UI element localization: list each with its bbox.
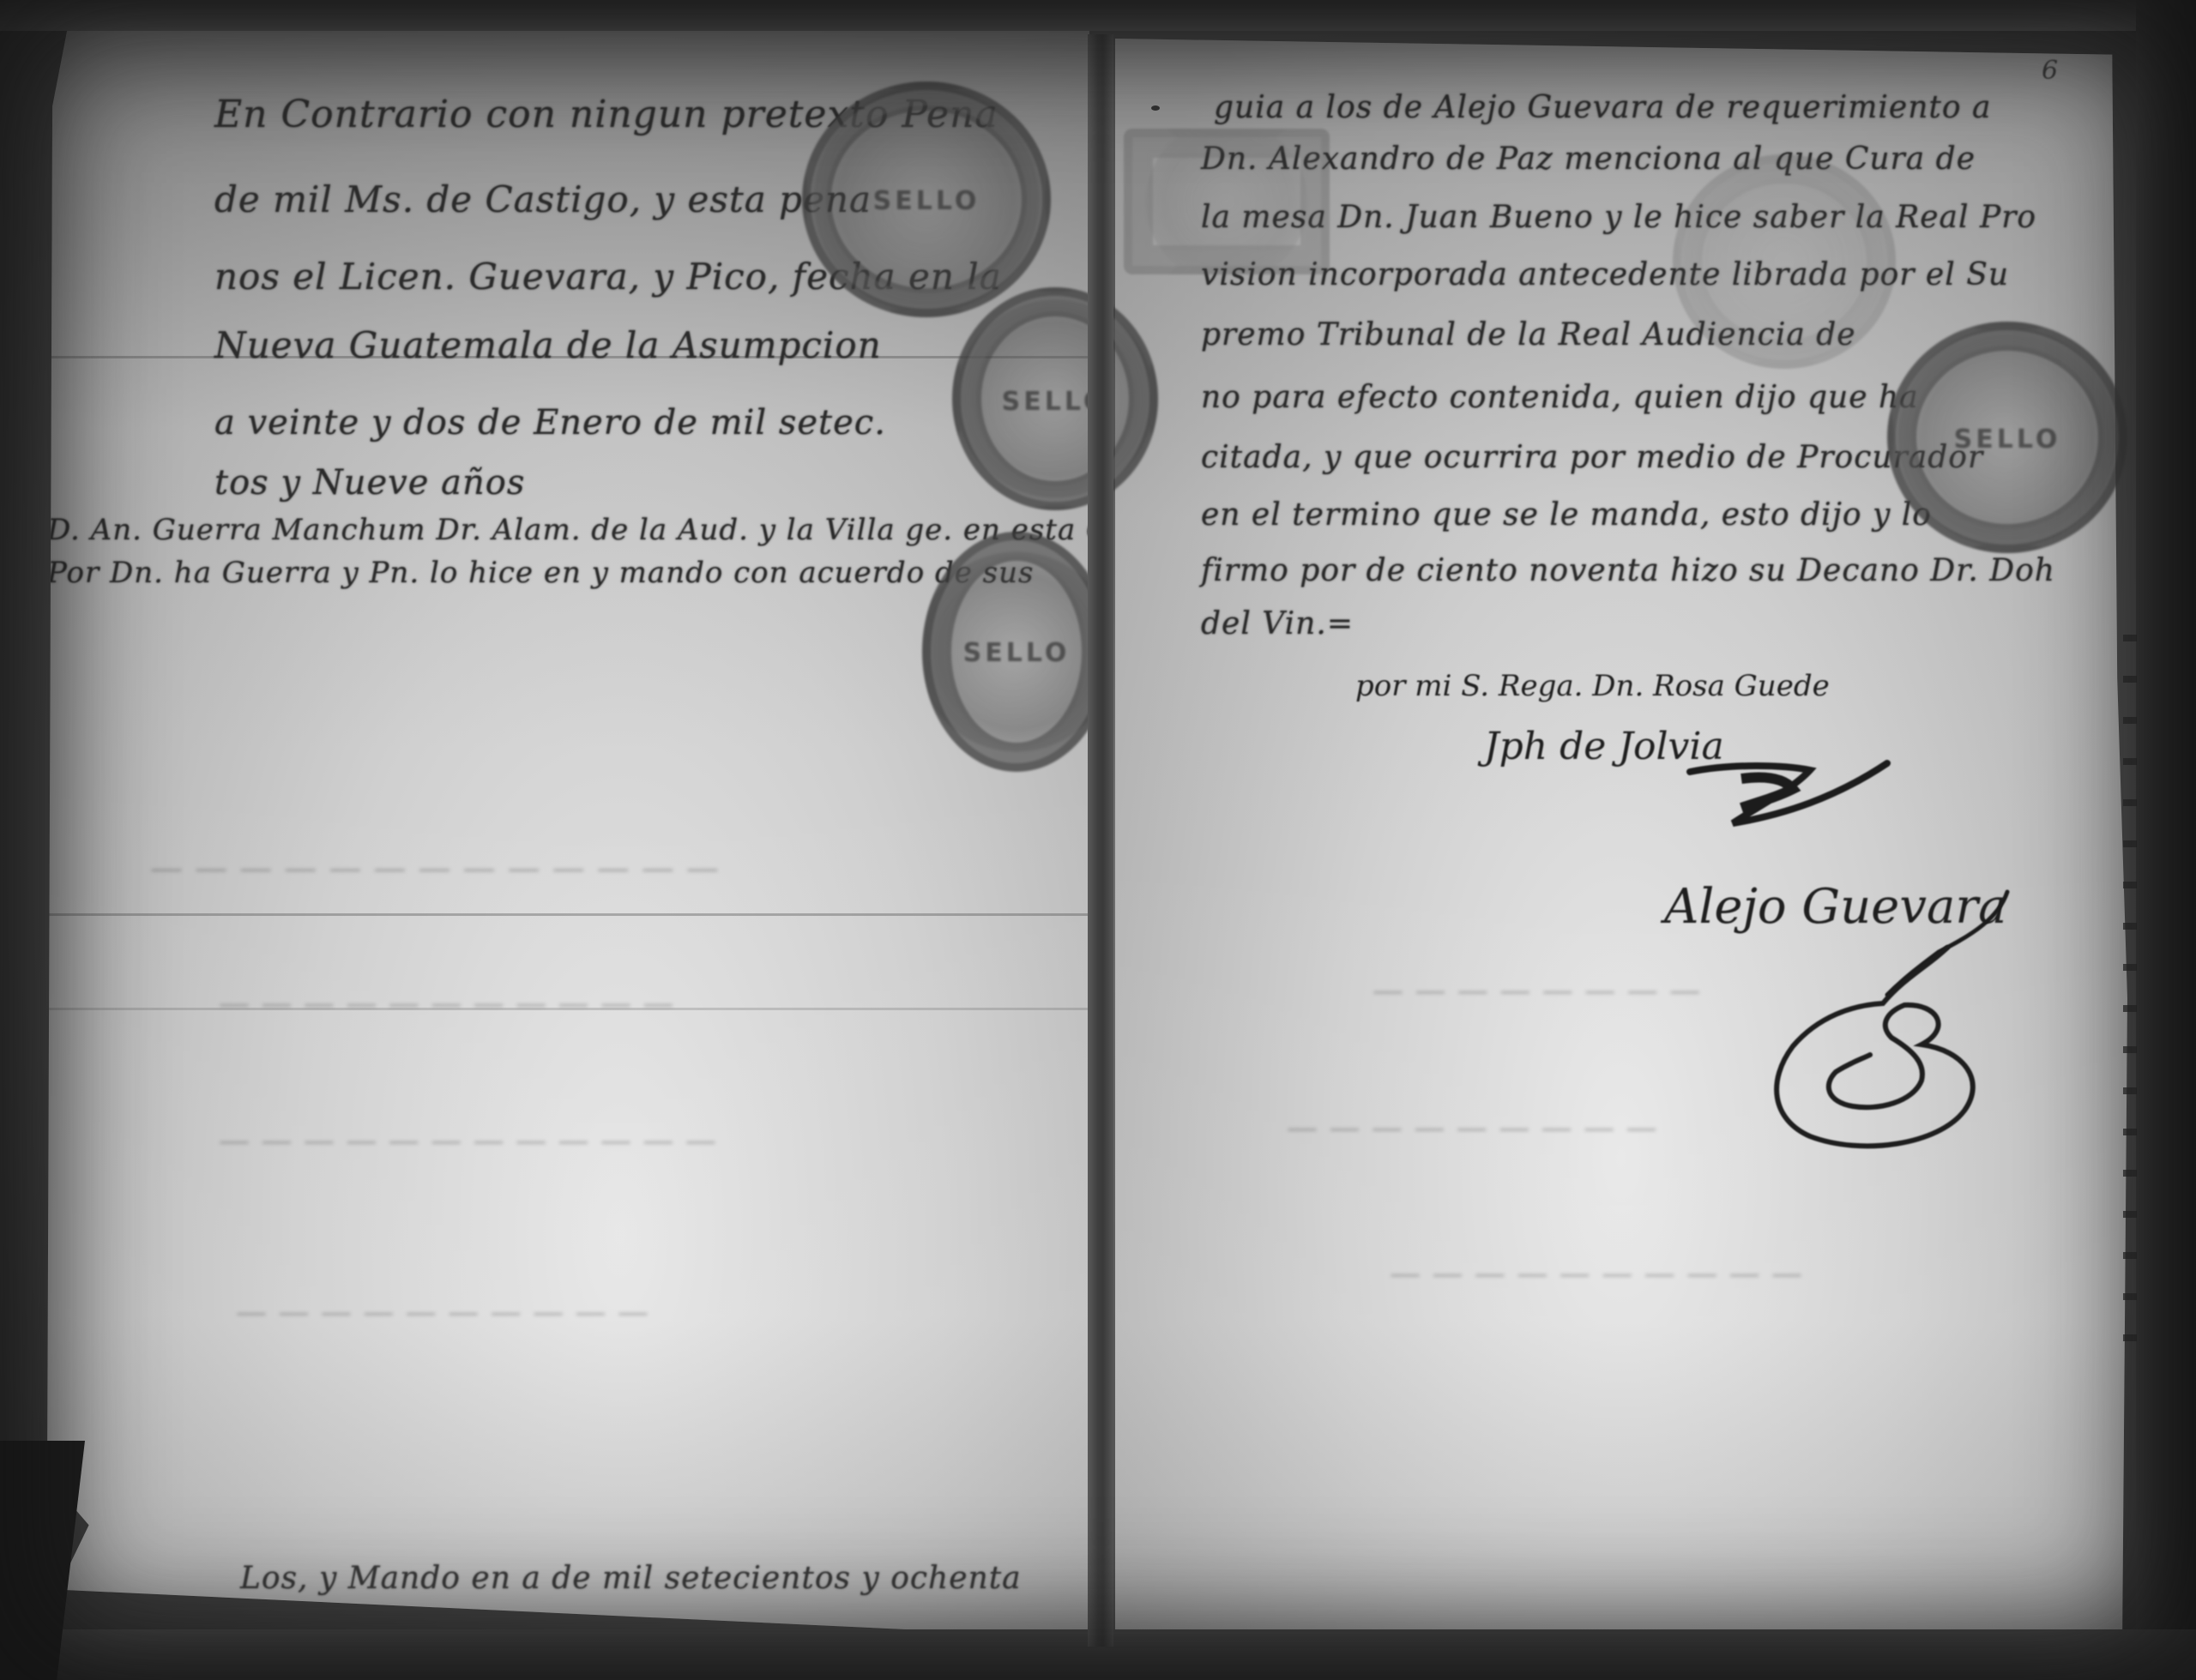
seal-text: SELLO <box>811 186 1042 216</box>
bleed-through-text: — — — — — — — — — — — <box>219 986 674 1021</box>
body-line: a veinte y dos de Enero de mil setec. <box>214 403 886 443</box>
bleed-through-text: — — — — — — — — — — <box>1390 1256 1803 1292</box>
seal-text: SELLO <box>961 387 1149 417</box>
attestation-line: Por Dn. ha Guerra y Pn. lo hice en y man… <box>47 556 1034 590</box>
bleed-through-text: — — — — — — — — <box>1372 973 1701 1009</box>
right-page: 6 guia a los de Alejo Guevara de requeri… <box>1115 39 2127 1638</box>
body-line: de mil Ms. de Castigo, y esta pena <box>214 178 872 220</box>
seal-stamp: SELLO <box>922 532 1111 772</box>
bleed-through-text: — — — — — — — — — — <box>236 1295 649 1330</box>
closing-line: Los, y Mando en a de mil setecientos y o… <box>240 1561 1022 1596</box>
witness-signature: por mi S. Rega. Dn. Rosa Guede <box>1355 669 1830 703</box>
body-line: no para efecto contenida, quien dijo que… <box>1201 380 1919 415</box>
body-line: firmo por de ciento noventa hizo su Deca… <box>1201 553 2055 588</box>
seal-text: SELLO <box>1896 425 2119 455</box>
body-line: del Vin.= <box>1201 606 1354 641</box>
rubric-spiral-icon <box>1733 943 2007 1166</box>
folio-number: 6 <box>2042 56 2058 86</box>
seal-text: SELLO <box>931 638 1102 668</box>
page-edge-marks <box>2123 600 2137 1372</box>
attestation-line: D. An. Guerra Manchum Dr. Alam. de la Au… <box>47 513 1089 547</box>
body-line: citada, y que ocurrira por medio de Proc… <box>1201 440 1983 475</box>
scan-top-border <box>0 0 2196 31</box>
signature-flourish <box>1681 755 1904 849</box>
book-gutter <box>1088 34 1113 1647</box>
body-line: en el termino que se le manda, esto dijo… <box>1201 497 1932 533</box>
body-line: guia a los de Alejo Guevara de requerimi… <box>1214 90 1991 125</box>
seal-stamp: SELLO <box>952 287 1158 510</box>
body-line: Nueva Guatemala de la Asumpcion <box>214 324 882 366</box>
scan-right-border <box>2136 0 2196 1680</box>
bleed-through-text: — — — — — — — — — — — — — <box>150 849 720 887</box>
seal-stamp: SELLO <box>802 81 1051 317</box>
body-line: tos y Nueve años <box>214 463 525 503</box>
offset-stamp-impression <box>1124 129 1330 274</box>
ink-mark <box>1151 105 1160 111</box>
microfilm-scan: En Contrario con ningun pretexto Pena de… <box>0 0 2196 1680</box>
fold-crease <box>47 913 1089 916</box>
seal-stamp: SELLO <box>1887 322 2127 553</box>
offset-seal-impression <box>1673 154 1896 369</box>
bleed-through-text: — — — — — — — — — <box>1287 1111 1658 1146</box>
bleed-through-text: — — — — — — — — — — — — <box>219 1123 717 1159</box>
